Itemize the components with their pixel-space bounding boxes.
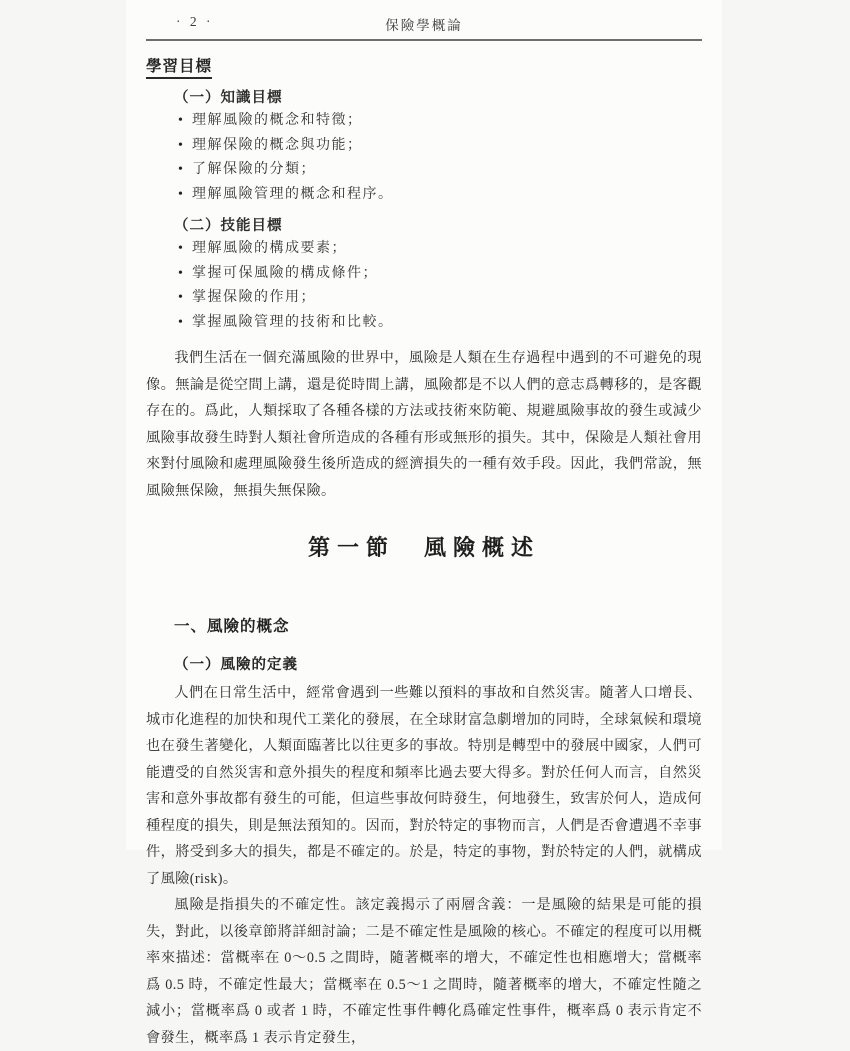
definition-heading: （一）風險的定義 <box>146 653 702 674</box>
objective-item-text: 掌握風險管理的技術和比較。 <box>192 315 394 330</box>
page-content: · 2 · 保險學概論 學習目標 （一）知識目標 •理解風險的概念和特徵； •理… <box>146 0 702 850</box>
page-header: · 2 · 保險學概論 <box>146 14 702 34</box>
bullet-icon: • <box>178 262 192 287</box>
list-item: •理解風險的概念和特徵； <box>146 109 702 134</box>
book-title: 保險學概論 <box>146 14 702 34</box>
bullet-icon: • <box>178 237 192 262</box>
intro-paragraph: 我們生活在一個充滿風險的世界中，風險是人類在生存過程中遇到的不可避免的現像。無論… <box>146 345 702 504</box>
bullet-icon: • <box>178 311 192 336</box>
bullet-icon: • <box>178 286 192 311</box>
objectives-title: 學習目標 <box>146 54 212 79</box>
objective-group-heading: （二）技能目標 <box>146 215 702 237</box>
list-item: •了解保險的分類； <box>146 158 702 183</box>
section-title: 第一節 風險概述 <box>146 531 702 562</box>
list-item: •掌握可保風險的構成條件； <box>146 262 702 287</box>
objective-item-text: 理解風險的構成要素； <box>192 241 347 256</box>
book-page: · 2 · 保險學概論 學習目標 （一）知識目標 •理解風險的概念和特徵； •理… <box>126 0 722 850</box>
subsection-title: 一、風險的概念 <box>146 614 702 636</box>
objective-item-text: 掌握可保風險的構成條件； <box>192 266 378 281</box>
body-paragraph-1: 人們在日常生活中，經常會遇到一些難以預料的事故和自然災害。隨著人口增長、城市化進… <box>146 680 702 850</box>
header-rule <box>146 39 702 41</box>
list-item: •掌握風險管理的技術和比較。 <box>146 311 702 336</box>
objective-item-text: 掌握保險的作用； <box>192 290 316 305</box>
list-item: •理解保險的概念與功能； <box>146 134 702 159</box>
list-item: •掌握保險的作用； <box>146 286 702 311</box>
list-item: •理解風險管理的概念和程序。 <box>146 183 702 208</box>
objective-item-text: 理解保險的概念與功能； <box>192 138 363 153</box>
list-item: •理解風險的構成要素； <box>146 237 702 262</box>
bullet-icon: • <box>178 183 192 208</box>
bullet-icon: • <box>178 109 192 134</box>
bullet-icon: • <box>178 158 192 183</box>
bullet-icon: • <box>178 134 192 159</box>
objective-item-text: 了解保險的分類； <box>192 162 316 177</box>
objective-group-knowledge: （一）知識目標 •理解風險的概念和特徵； •理解保險的概念與功能； •了解保險的… <box>146 87 702 207</box>
objective-group-skills: （二）技能目標 •理解風險的構成要素； •掌握可保風險的構成條件； •掌握保險的… <box>146 215 702 335</box>
page-number: · 2 · <box>176 14 214 30</box>
objective-item-text: 理解風險管理的概念和程序。 <box>192 187 394 202</box>
objective-group-heading: （一）知識目標 <box>146 87 702 109</box>
objective-item-text: 理解風險的概念和特徵； <box>192 113 363 128</box>
